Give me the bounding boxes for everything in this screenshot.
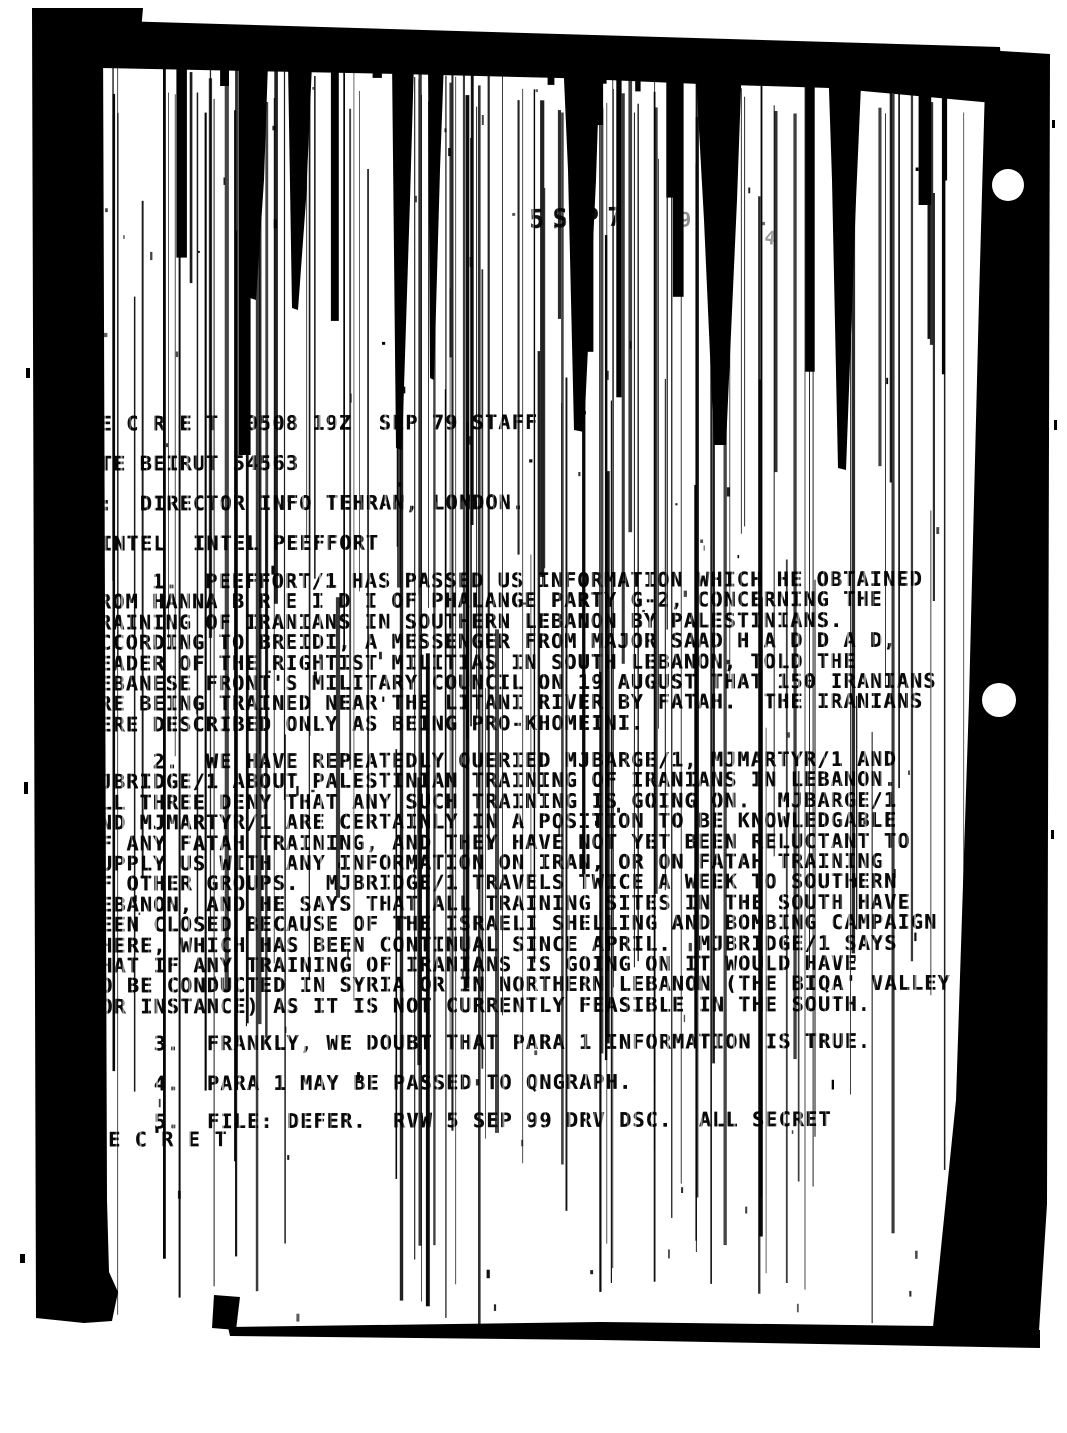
classification-footer: S E C R E T	[81, 1129, 227, 1150]
cable-line: FOR INSTANCE) AS IT IS NOT CURRENTLY FEA…	[87, 993, 1067, 1017]
scanned-cable-page: 5 SEP 7 9 4 S E C R E T 0508 19Z SEP 79 …	[0, 0, 1067, 1433]
cable-line: WERE DESCRIBED ONLY AS BEING PRO-KHOMEIN…	[86, 711, 1067, 735]
cable-paragraph-3: 3. FRANKLY, WE DOUBT THAT PARA 1 INFORMA…	[87, 1030, 1067, 1054]
header-line-classification: S E C R E T 0508 19Z SEP 79 STAFF	[73, 412, 538, 434]
cable-line: 5. FILE: DEFER. RVW 5 SEP 99 DRV DSC. AL…	[87, 1108, 1067, 1132]
header-line-cite: CITE BEIRUT 54563	[73, 453, 299, 474]
cable-line: 3. FRANKLY, WE DOUBT THAT PARA 1 INFORMA…	[87, 1030, 1067, 1054]
date-stamp-mark: 4	[763, 226, 778, 249]
cable-paragraph-2: 2. WE HAVE REPEATEDLY QUERIED MJBARGE/1,…	[86, 748, 1067, 1017]
cable-text-layer: 5 SEP 7 9 4 S E C R E T 0508 19Z SEP 79 …	[0, 0, 1067, 1433]
cable-line: 4. PARA 1 MAY BE PASSED TO QNGRAPH.	[87, 1070, 1067, 1094]
header-line-slug: WNINTEL INTEL PEEFFORT	[73, 533, 379, 554]
cable-paragraph-1: 1. PEEFFORT/1 HAS PASSED US INFORMATION …	[85, 568, 1067, 735]
cable-paragraph-4: 4. PARA 1 MAY BE PASSED TO QNGRAPH.	[87, 1070, 1067, 1094]
header-line-to: TO: DIRECTOR INFO TEHRAN, LONDON.	[73, 492, 525, 514]
date-stamp: 5 SEP 7	[529, 203, 623, 235]
cable-paragraph-5: 5. FILE: DEFER. RVW 5 SEP 99 DRV DSC. AL…	[87, 1108, 1067, 1132]
date-stamp-mark: 9	[679, 207, 691, 231]
